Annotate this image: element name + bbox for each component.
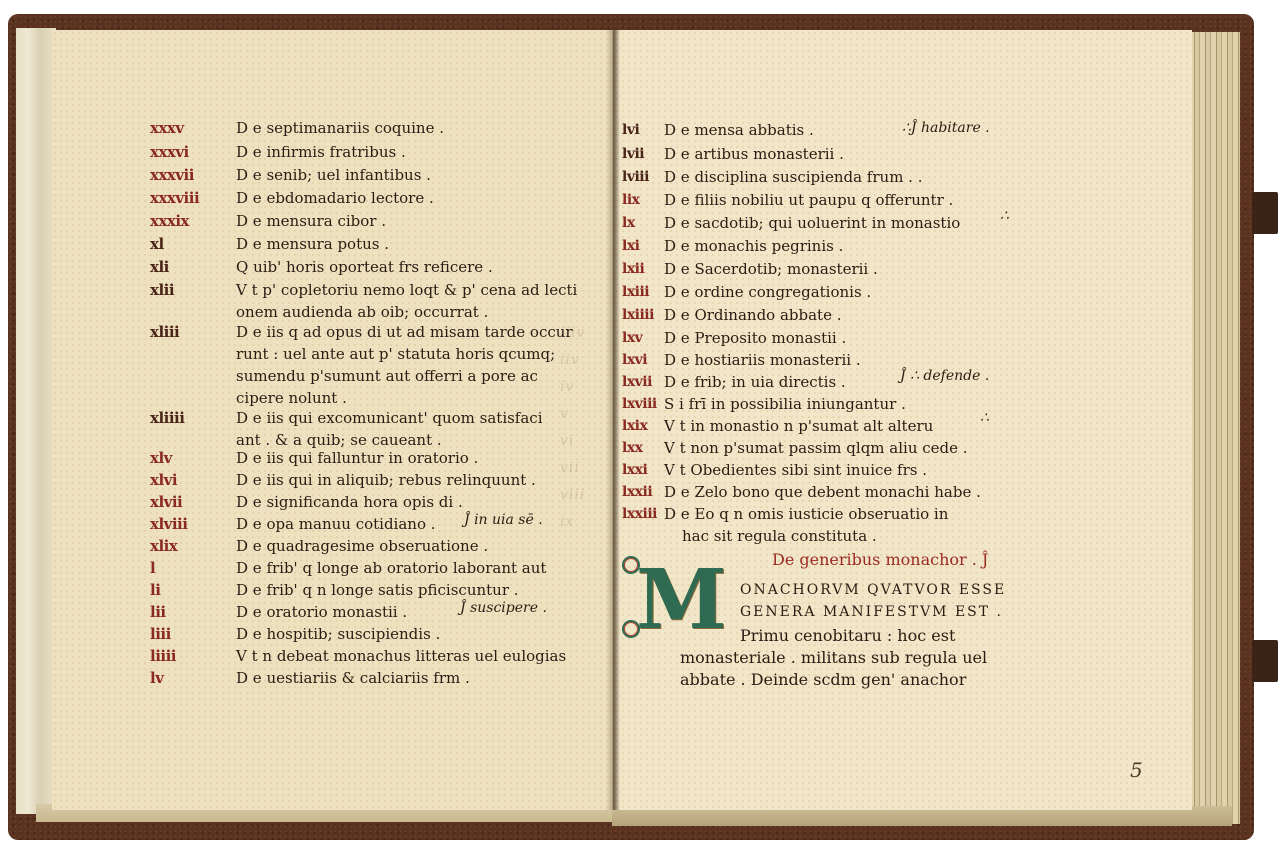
chapter-entry: xxxvi D e infirmis fratribus . <box>150 142 406 162</box>
chapter-title-continuation: cipere nolunt . <box>236 388 347 408</box>
chapter-title: D e ebdomadario lectore . <box>236 188 434 208</box>
chapter-number: xliii <box>150 322 236 342</box>
chapter-title-continuation: onem audienda ab oib; occurrat . <box>236 302 488 322</box>
chapter-number: xlviii <box>150 514 236 534</box>
chapter-title: D e ordine congregationis . <box>664 282 871 302</box>
chapter-title: D e iis qui falluntur in oratorio . <box>236 448 478 468</box>
chapter-entry: li D e frib' q n longe satis pficiscuntu… <box>150 580 519 600</box>
chapter-entry: lxiiii D e Ordinando abbate . <box>622 305 842 325</box>
chapter-entry: lii D e oratorio monastii . <box>150 602 407 622</box>
illuminated-initial: M <box>636 560 746 640</box>
chapter-number: xxxvi <box>150 142 236 162</box>
chapter-entry: xxxvii D e senib; uel infantibus . <box>150 165 431 185</box>
chapter-title: D e frib; in uia directis . <box>664 372 846 392</box>
chapter-title: D e sacdotib; qui uoluerint in monastio <box>664 213 960 233</box>
chapter-entry: xlviii D e opa manuu cotidiano . <box>150 514 436 534</box>
chapter-entry: xlv D e iis qui falluntur in oratorio . <box>150 448 478 468</box>
chapter-entry: lxii D e Sacerdotib; monasterii . <box>622 259 878 279</box>
chapter-title: D e septimanariis coquine . <box>236 118 444 138</box>
chapter-entry: liii D e hospitib; suscipiendis . <box>150 624 440 644</box>
chapter-number: xxxvii <box>150 165 236 185</box>
correction-note: Ĵ ∴ defende . <box>900 368 989 384</box>
chapter-entry: lx D e sacdotib; qui uoluerint in monast… <box>622 213 960 233</box>
chapter-title: D e significanda hora opis di . <box>236 492 463 512</box>
chapter-entry: xlix D e quadragesime obseruatione . <box>150 536 488 556</box>
chapter-title: V t n debeat monachus litteras uel eulog… <box>236 646 566 666</box>
chapter-entry: lxiii D e ordine congregationis . <box>622 282 871 302</box>
chapter-number: lxvii <box>622 372 664 392</box>
chapter-title: D e Preposito monastii . <box>664 328 846 348</box>
chapter-title: D e mensa abbatis . <box>664 120 814 140</box>
chapter-number: lvi <box>622 120 664 140</box>
chapter-number: xxxviii <box>150 188 236 208</box>
correction-note: Ĵ in uia sē . <box>464 512 543 528</box>
chapter-title: D e Sacerdotib; monasterii . <box>664 259 878 279</box>
chapter-entry: lviii D e disciplina suscipienda frum . … <box>622 167 923 187</box>
chapter-title: V t non p'sumat passim qlqm aliu cede . <box>664 438 968 458</box>
chapter-title: Q uib' horis oporteat frs reficere . <box>236 257 493 277</box>
chapter-number: lxix <box>622 416 664 436</box>
chapter-number: lxi <box>622 236 664 256</box>
chapter-number: lxii <box>622 259 664 279</box>
chapter-title: D e uestiariis & calciariis frm . <box>236 668 470 688</box>
chapter-title: D e mensura potus . <box>236 234 389 254</box>
chapter-number: lxxiii <box>622 504 664 524</box>
chapter-number: lii <box>150 602 236 622</box>
chapter-title: D e Ordinando abbate . <box>664 305 842 325</box>
chapter-entry: xl D e mensura potus . <box>150 234 389 254</box>
body-text-line: abbate . Deinde scdm gen' anachor <box>680 670 966 689</box>
chapter-number: lxxii <box>622 482 664 502</box>
chapter-title: D e senib; uel infantibus . <box>236 165 431 185</box>
chapter-number: xlii <box>150 280 236 300</box>
chapter-title: D e artibus monasterii . <box>664 144 844 164</box>
chapter-title: D e quadragesime obseruatione . <box>236 536 488 556</box>
chapter-title: D e oratorio monastii . <box>236 602 407 622</box>
chapter-entry: lix D e filiis nobiliu ut paupu q offeru… <box>622 190 953 210</box>
chapter-number: lv <box>150 668 236 688</box>
chapter-title: D e filiis nobiliu ut paupu q offeruntr … <box>664 190 953 210</box>
chapter-title: V t Obedientes sibi sint inuice frs . <box>664 460 927 480</box>
chapter-number: lviii <box>622 167 664 187</box>
body-text-line: Primu cenobitaru : hoc est <box>740 626 955 645</box>
correction-note: ∴Ĵ habitare . <box>902 120 990 136</box>
chapter-entry: lxvi D e hostiariis monasterii . <box>622 350 861 370</box>
chapter-title: D e Eo q n omis iusticie obseruatio in <box>664 504 948 524</box>
chapter-number: lxviii <box>622 394 664 414</box>
chapter-entry: lxvii D e frib; in uia directis . <box>622 372 846 392</box>
chapter-title: D e mensura cibor . <box>236 211 386 231</box>
chapter-title: D e disciplina suscipienda frum . . <box>664 167 923 187</box>
chapter-entry: lxix V t in monastio n p'sumat alt alter… <box>622 416 933 436</box>
correction-note: ∴ <box>980 410 989 426</box>
chapter-number: l <box>150 558 236 578</box>
chapter-entry: lxxii D e Zelo bono que debent monachi h… <box>622 482 981 502</box>
chapter-number: xli <box>150 257 236 277</box>
chapter-entry: xxxviii D e ebdomadario lectore . <box>150 188 434 208</box>
chapter-number: lvii <box>622 144 664 164</box>
correction-note: ∴ <box>1000 208 1009 224</box>
body-text-line: monasteriale . militans sub regula uel <box>680 648 987 667</box>
chapter-entry: l D e frib' q longe ab oratorio laborant… <box>150 558 546 578</box>
chapter-title: D e iis q ad opus di ut ad misam tarde o… <box>236 322 573 342</box>
chapter-number: xlix <box>150 536 236 556</box>
page-edges-right <box>1184 32 1240 824</box>
chapter-number: xxxix <box>150 211 236 231</box>
chapter-entry: lxx V t non p'sumat passim qlqm aliu ced… <box>622 438 968 458</box>
body-text-line: GENERA MANIFESTVM EST . <box>740 604 1003 620</box>
chapter-entry: lv D e uestiariis & calciariis frm . <box>150 668 470 688</box>
chapter-title: D e opa manuu cotidiano . <box>236 514 436 534</box>
chapter-entry: xlvii D e significanda hora opis di . <box>150 492 463 512</box>
folio-number: 5 <box>1130 758 1143 782</box>
chapter-number: xlv <box>150 448 236 468</box>
clasp-top <box>1252 192 1278 234</box>
chapter-title: D e hospitib; suscipiendis . <box>236 624 440 644</box>
chapter-number: lix <box>622 190 664 210</box>
chapter-number: li <box>150 580 236 600</box>
chapter-title-continuation: runt : uel ante aut p' statuta horis qcu… <box>236 344 555 364</box>
chapter-title-continuation: sumendu p'sumunt aut offerri a pore ac <box>236 366 538 386</box>
chapter-title: D e infirmis fratribus . <box>236 142 406 162</box>
chapter-number: liiii <box>150 646 236 666</box>
chapter-number: lxvi <box>622 350 664 370</box>
chapter-entry: lvii D e artibus monasterii . <box>622 144 844 164</box>
chapter-entry: xxxv D e septimanariis coquine . <box>150 118 444 138</box>
chapter-entry: xliiii D e iis qui excomunicant' quom sa… <box>150 408 543 428</box>
gutter <box>606 30 620 810</box>
chapter-number: xliiii <box>150 408 236 428</box>
chapter-title: D e monachis pegrinis . <box>664 236 843 256</box>
chapter-number: xxxv <box>150 118 236 138</box>
chapter-entry: xxxix D e mensura cibor . <box>150 211 386 231</box>
clasp-bottom <box>1252 640 1278 682</box>
chapter-number: xlvii <box>150 492 236 512</box>
chapter-title: V t p' copletoriu nemo loqt & p' cena ad… <box>236 280 577 300</box>
chapter-entry: lvi D e mensa abbatis . <box>622 120 814 140</box>
page-edges-left <box>16 28 56 814</box>
chapter-entry: lxv D e Preposito monastii . <box>622 328 846 348</box>
chapter-number: xl <box>150 234 236 254</box>
chapter-number: lx <box>622 213 664 233</box>
chapter-title: V t in monastio n p'sumat alt alteru <box>664 416 933 436</box>
chapter-number: lxx <box>622 438 664 458</box>
chapter-title: D e hostiariis monasterii . <box>664 350 861 370</box>
chapter-title: D e iis qui excomunicant' quom satisfaci <box>236 408 543 428</box>
chapter-entry: lxxiii D e Eo q n omis iusticie obseruat… <box>622 504 948 524</box>
chapter-entry: lxxi V t Obedientes sibi sint inuice frs… <box>622 460 927 480</box>
correction-note: Ĵ suscipere . <box>460 600 547 616</box>
show-through: iiiviivivvviviiviiiix <box>560 320 585 536</box>
chapter-entry: xlii V t p' copletoriu nemo loqt & p' ce… <box>150 280 577 300</box>
chapter-number: lxiii <box>622 282 664 302</box>
chapter-heading-rubric: De generibus monachor . Ĵ <box>772 550 988 569</box>
chapter-number: liii <box>150 624 236 644</box>
chapter-title: D e frib' q n longe satis pficiscuntur . <box>236 580 519 600</box>
chapter-entry: xliii D e iis q ad opus di ut ad misam t… <box>150 322 573 342</box>
chapter-number: xlvi <box>150 470 236 490</box>
chapter-entry: liiii V t n debeat monachus litteras uel… <box>150 646 566 666</box>
chapter-title: D e iis qui in aliquib; rebus relinquunt… <box>236 470 536 490</box>
chapter-title-continuation: ant . & a quib; se caueant . <box>236 430 442 450</box>
chapter-title: D e Zelo bono que debent monachi habe . <box>664 482 981 502</box>
chapter-number: lxv <box>622 328 664 348</box>
chapter-title-continuation: hac sit regula constituta . <box>682 526 877 546</box>
chapter-number: lxxi <box>622 460 664 480</box>
body-text-line: ONACHORVM QVATVOR ESSE <box>740 582 1006 598</box>
chapter-title: D e frib' q longe ab oratorio laborant a… <box>236 558 546 578</box>
chapter-entry: xlvi D e iis qui in aliquib; rebus relin… <box>150 470 536 490</box>
chapter-title: S i frī in possibilia iniungantur . <box>664 394 906 414</box>
chapter-entry: xli Q uib' horis oporteat frs reficere . <box>150 257 493 277</box>
chapter-entry: lxi D e monachis pegrinis . <box>622 236 843 256</box>
chapter-entry: lxviii S i frī in possibilia iniungantur… <box>622 394 906 414</box>
chapter-number: lxiiii <box>622 305 664 325</box>
